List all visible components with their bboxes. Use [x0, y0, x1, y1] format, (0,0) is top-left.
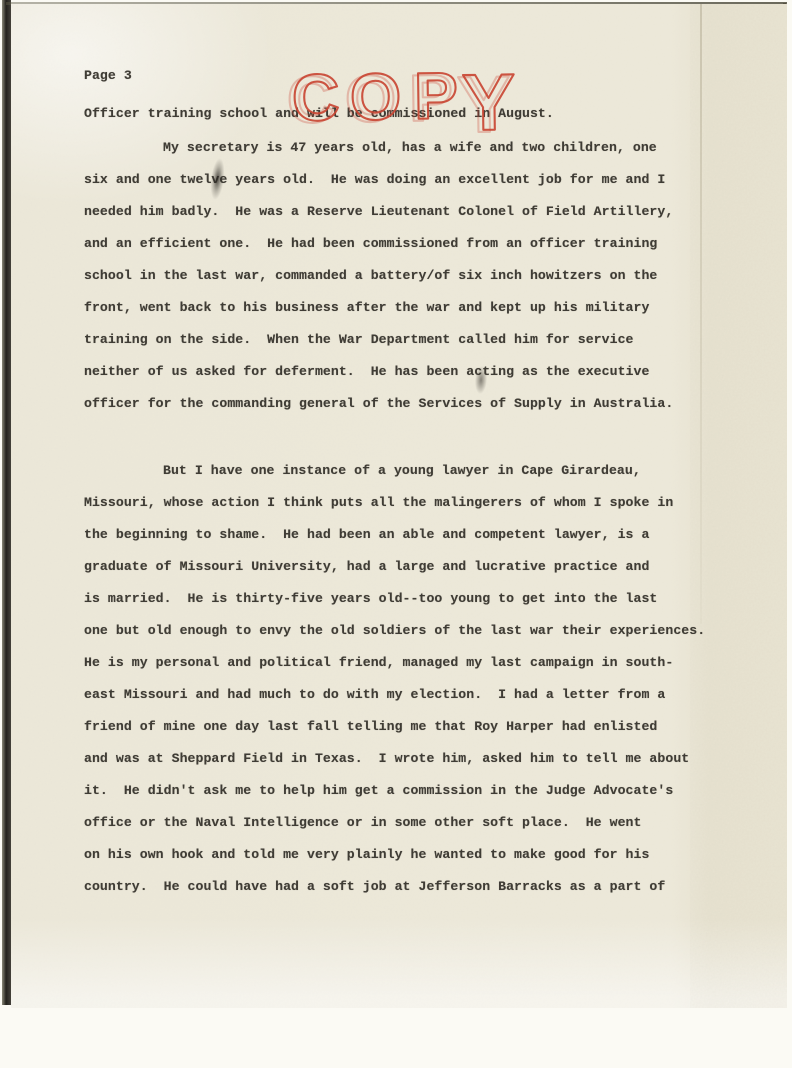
text-line: on his own hook and told me very plainly…	[84, 839, 649, 871]
text-line: is married. He is thirty-five years old-…	[84, 583, 657, 615]
text-line: and an efficient one. He had been commis…	[84, 228, 657, 260]
text-line: training on the side. When the War Depar…	[84, 324, 634, 356]
text-line: it. He didn't ask me to help him get a c…	[84, 775, 673, 807]
text-line: My secretary is 47 years old, has a wife…	[84, 132, 657, 164]
text-line: He is my personal and political friend, …	[84, 647, 673, 679]
text-line: Officer training school and will be comm…	[84, 98, 554, 130]
text-line: front, went back to his business after t…	[84, 292, 649, 324]
text-line: the beginning to shame. He had been an a…	[84, 519, 649, 551]
text-line: six and one twelve years old. He was doi…	[84, 164, 665, 196]
typed-text: Page 3 Officer training school and will …	[11, 4, 787, 1008]
page-edge-shadow-left	[2, 0, 11, 1005]
text-line: neither of us asked for deferment. He ha…	[84, 356, 649, 388]
text-line: officer for the commanding general of th…	[84, 388, 673, 420]
text-line: office or the Naval Intelligence or in s…	[84, 807, 641, 839]
text-line: But I have one instance of a young lawye…	[84, 455, 641, 487]
scanned-page: Page 3 Officer training school and will …	[11, 4, 787, 1008]
text-line: Missouri, whose action I think puts all …	[84, 487, 673, 519]
text-line: country. He could have had a soft job at…	[84, 871, 665, 903]
text-line: and was at Sheppard Field in Texas. I wr…	[84, 743, 689, 775]
text-line: east Missouri and had much to do with my…	[84, 679, 665, 711]
scan-background: Page 3 Officer training school and will …	[0, 0, 792, 1068]
text-line: one but old enough to envy the old soldi…	[84, 615, 705, 647]
text-line: needed him badly. He was a Reserve Lieut…	[84, 196, 673, 228]
text-line: school in the last war, commanded a batt…	[84, 260, 657, 292]
text-line: graduate of Missouri University, had a l…	[84, 551, 649, 583]
page-number-label: Page 3	[84, 60, 132, 92]
text-line: friend of mine one day last fall telling…	[84, 711, 657, 743]
